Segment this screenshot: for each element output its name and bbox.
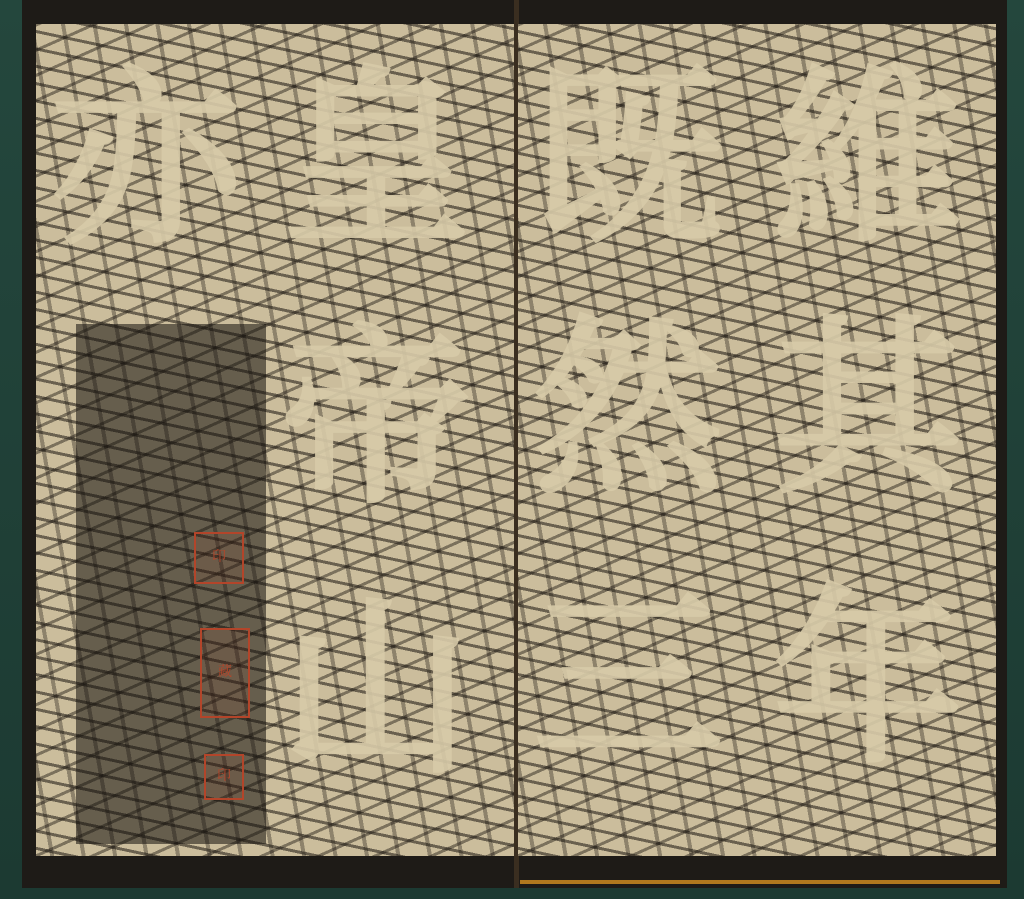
glyph: 皇 — [266, 64, 486, 254]
glyph: 然 — [518, 314, 738, 504]
glyph: 帝 — [266, 324, 486, 514]
glyph: 既 — [518, 64, 738, 254]
glyph: 山 — [266, 594, 486, 784]
glyph: 三 — [518, 584, 738, 774]
right-leaf: 既 維 然 其 三 年 — [518, 24, 996, 856]
left-leaf: 亦 皇 帝 山 印 藏 印 — [36, 24, 514, 856]
glyph: 維 — [758, 64, 978, 254]
collector-seal: 印 — [194, 532, 244, 584]
collector-seal: 印 — [204, 754, 244, 800]
glyph: 亦 — [36, 64, 256, 254]
gold-edge-strip — [520, 880, 1000, 884]
glyph: 年 — [758, 584, 978, 774]
glyph: 其 — [758, 314, 978, 504]
collector-seal: 藏 — [200, 628, 250, 718]
